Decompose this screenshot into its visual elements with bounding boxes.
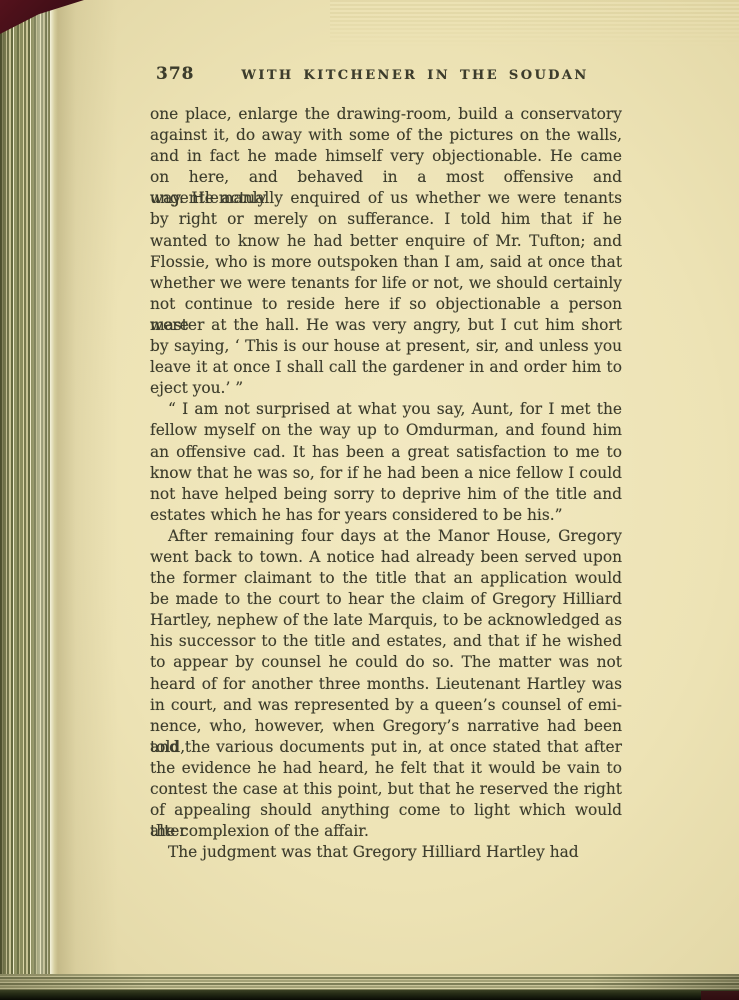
text-line: the former claimant to the title that an…	[150, 568, 622, 589]
text-line: not have helped being sorry to deprive h…	[150, 484, 622, 505]
text-line: on here, and behaved in a most offensive…	[150, 167, 622, 188]
text-line: the evidence he had heard, he felt that …	[150, 758, 622, 779]
paragraph-1: one place, enlarge the drawing-room, bui…	[150, 104, 622, 399]
text-line: Flossie, who is more outspoken than I am…	[150, 252, 622, 273]
text-line: an offensive cad. It has been a great sa…	[150, 442, 622, 463]
text-line: by right or merely on sufferance. I told…	[150, 209, 622, 230]
text-line: went back to town. A notice had already …	[150, 547, 622, 568]
text-line: heard of for another three months. Lieut…	[150, 674, 622, 695]
paragraph-3: After remaining four days at the Manor H…	[150, 526, 622, 842]
book-cover-corner-bottom-right	[701, 991, 739, 1000]
text-line: and in fact he made himself very objecti…	[150, 146, 622, 167]
text-line: of appealing should anything come to lig…	[150, 800, 622, 821]
paragraph-2: “ I am not surprised at what you say, Au…	[150, 399, 622, 526]
text-line: to appear by counsel he could do so. The…	[150, 652, 622, 673]
text-line: one place, enlarge the drawing-room, bui…	[150, 104, 622, 125]
text-line: leave it at once I shall call the garden…	[150, 357, 622, 378]
book-page-edges-left	[0, 0, 52, 990]
text-line: contest the case at this point, but that…	[150, 779, 622, 800]
text-line: nence, who, however, when Gregory’s narr…	[150, 716, 622, 737]
text-line: in court, and was represented by a queen…	[150, 695, 622, 716]
book-cover-bottom-edge	[0, 990, 739, 1000]
text-line: his successor to the title and estates, …	[150, 631, 622, 652]
page-header: 378 WITH KITCHENER IN THE SOUDAN	[150, 62, 622, 102]
text-line: fellow myself on the way up to Omdurman,…	[150, 420, 622, 441]
text-line: against it, do away with some of the pic…	[150, 125, 622, 146]
printed-page-content: 378 WITH KITCHENER IN THE SOUDAN one pla…	[150, 62, 622, 102]
text-line: the complexion of the affair.	[150, 821, 622, 842]
text-line: Hartley, nephew of the late Marquis, to …	[150, 610, 622, 631]
text-line: way. He actually enquired of us whether …	[150, 188, 622, 209]
book-page-edges-top	[330, 0, 739, 46]
text-line: whether we were tenants for life or not,…	[150, 273, 622, 294]
text-line: master at the hall. He was very angry, b…	[150, 315, 622, 336]
text-line: estates which he has for years considere…	[150, 505, 622, 526]
text-line: and the various documents put in, at onc…	[150, 737, 622, 758]
paragraph-4: The judgment was that Gregory Hilliard H…	[150, 842, 622, 863]
text-line: by saying, ‘ This is our house at presen…	[150, 336, 622, 357]
text-line: wanted to know he had better enquire of …	[150, 231, 622, 252]
body-text: one place, enlarge the drawing-room, bui…	[150, 104, 622, 863]
running-title: WITH KITCHENER IN THE SOUDAN	[208, 68, 622, 83]
text-line: be made to the court to hear the claim o…	[150, 589, 622, 610]
text-line: The judgment was that Gregory Hilliard H…	[150, 842, 622, 863]
text-line: not continue to reside here if so object…	[150, 294, 622, 315]
text-line: “ I am not surprised at what you say, Au…	[150, 399, 622, 420]
page-number: 378	[156, 64, 195, 84]
text-line: eject you.’ ”	[150, 378, 622, 399]
book-page-photo: 378 WITH KITCHENER IN THE SOUDAN one pla…	[0, 0, 739, 1000]
text-line: know that he was so, for if he had been …	[150, 463, 622, 484]
book-page-edges-bottom	[0, 974, 739, 991]
text-line: After remaining four days at the Manor H…	[150, 526, 622, 547]
